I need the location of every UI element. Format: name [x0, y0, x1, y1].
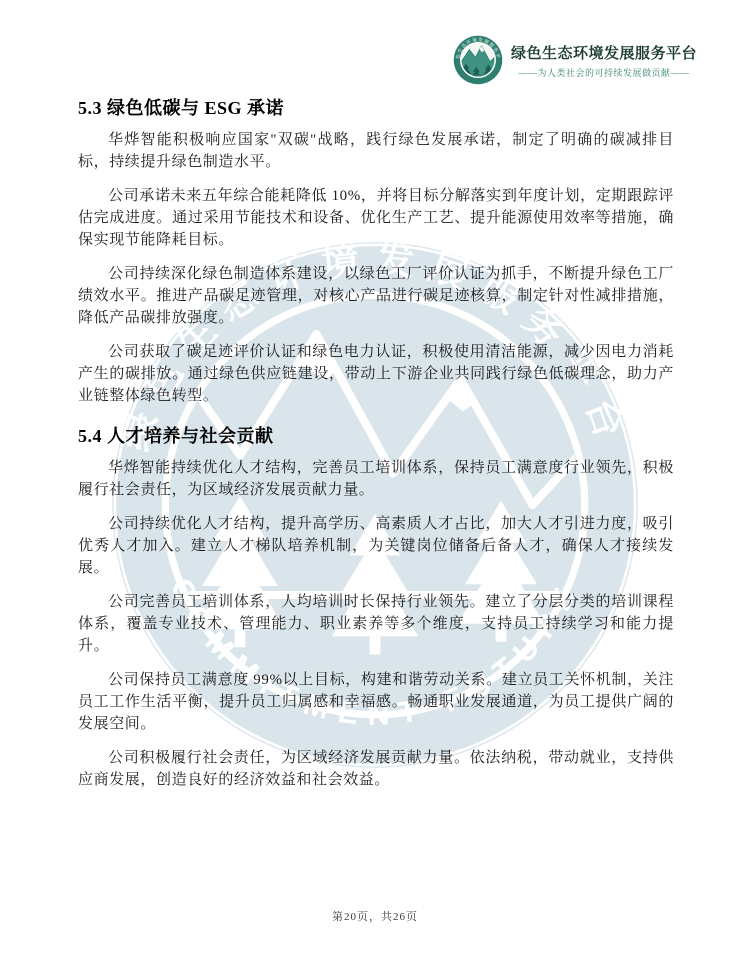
paragraph: 公司保持员工满意度 99%以上目标，构建和谐劳动关系。建立员工关怀机制，关注员工…	[78, 669, 674, 735]
page-number: 第20页，共26页	[0, 908, 750, 924]
platform-logo-icon: 绿色生态环境发展服务平台	[452, 34, 504, 86]
section-heading-5-3: 5.3 绿色低碳与 ESG 承诺	[78, 94, 674, 120]
paragraph: 公司持续优化人才结构，提升高学历、高素质人才占比，加大人才引进力度，吸引优秀人才…	[78, 513, 674, 579]
section-5-3: 5.3 绿色低碳与 ESG 承诺 华烨智能积极响应国家"双碳"战略，践行绿色发展…	[78, 94, 674, 407]
paragraph: 公司完善员工培训体系，人均培训时长保持行业领先。建立了分层分类的培训课程体系，覆…	[78, 591, 674, 657]
document-page: 绿色生态环境发展服务平台 COMMITMENT FUTURE	[0, 0, 750, 970]
logo-tagline: ——为人类社会的可持续发展做贡献——	[519, 66, 690, 79]
header-logo: 绿色生态环境发展服务平台 绿色生态环境发展服务平台 ——为人类社会的可持续发展做…	[452, 34, 698, 86]
logo-text-block: 绿色生态环境发展服务平台 ——为人类社会的可持续发展做贡献——	[511, 42, 697, 79]
document-content: 5.3 绿色低碳与 ESG 承诺 华烨智能积极响应国家"双碳"战略，践行绿色发展…	[78, 94, 674, 803]
paragraph: 华烨智能持续优化人才结构，完善员工培训体系，保持员工满意度行业领先，积极履行社会…	[78, 457, 674, 501]
section-heading-5-4: 5.4 人才培养与社会贡献	[78, 422, 674, 448]
paragraph: 公司承诺未来五年综合能耗降低 10%，并将目标分解落实到年度计划，定期跟踪评估完…	[78, 185, 674, 251]
paragraph: 公司持续深化绿色制造体系建设，以绿色工厂评价认证为抓手，不断提升绿色工厂绩效水平…	[78, 263, 674, 329]
paragraph: 华烨智能积极响应国家"双碳"战略，践行绿色发展承诺，制定了明确的碳减排目标，持续…	[78, 129, 674, 173]
section-5-4: 5.4 人才培养与社会贡献 华烨智能持续优化人才结构，完善员工培训体系，保持员工…	[78, 422, 674, 791]
logo-title: 绿色生态环境发展服务平台	[511, 42, 697, 63]
paragraph: 公司获取了碳足迹评价认证和绿色电力认证，积极使用清洁能源，减少因电力消耗产生的碳…	[78, 341, 674, 407]
paragraph: 公司积极履行社会责任，为区域经济发展贡献力量。依法纳税，带动就业，支持供应商发展…	[78, 747, 674, 791]
